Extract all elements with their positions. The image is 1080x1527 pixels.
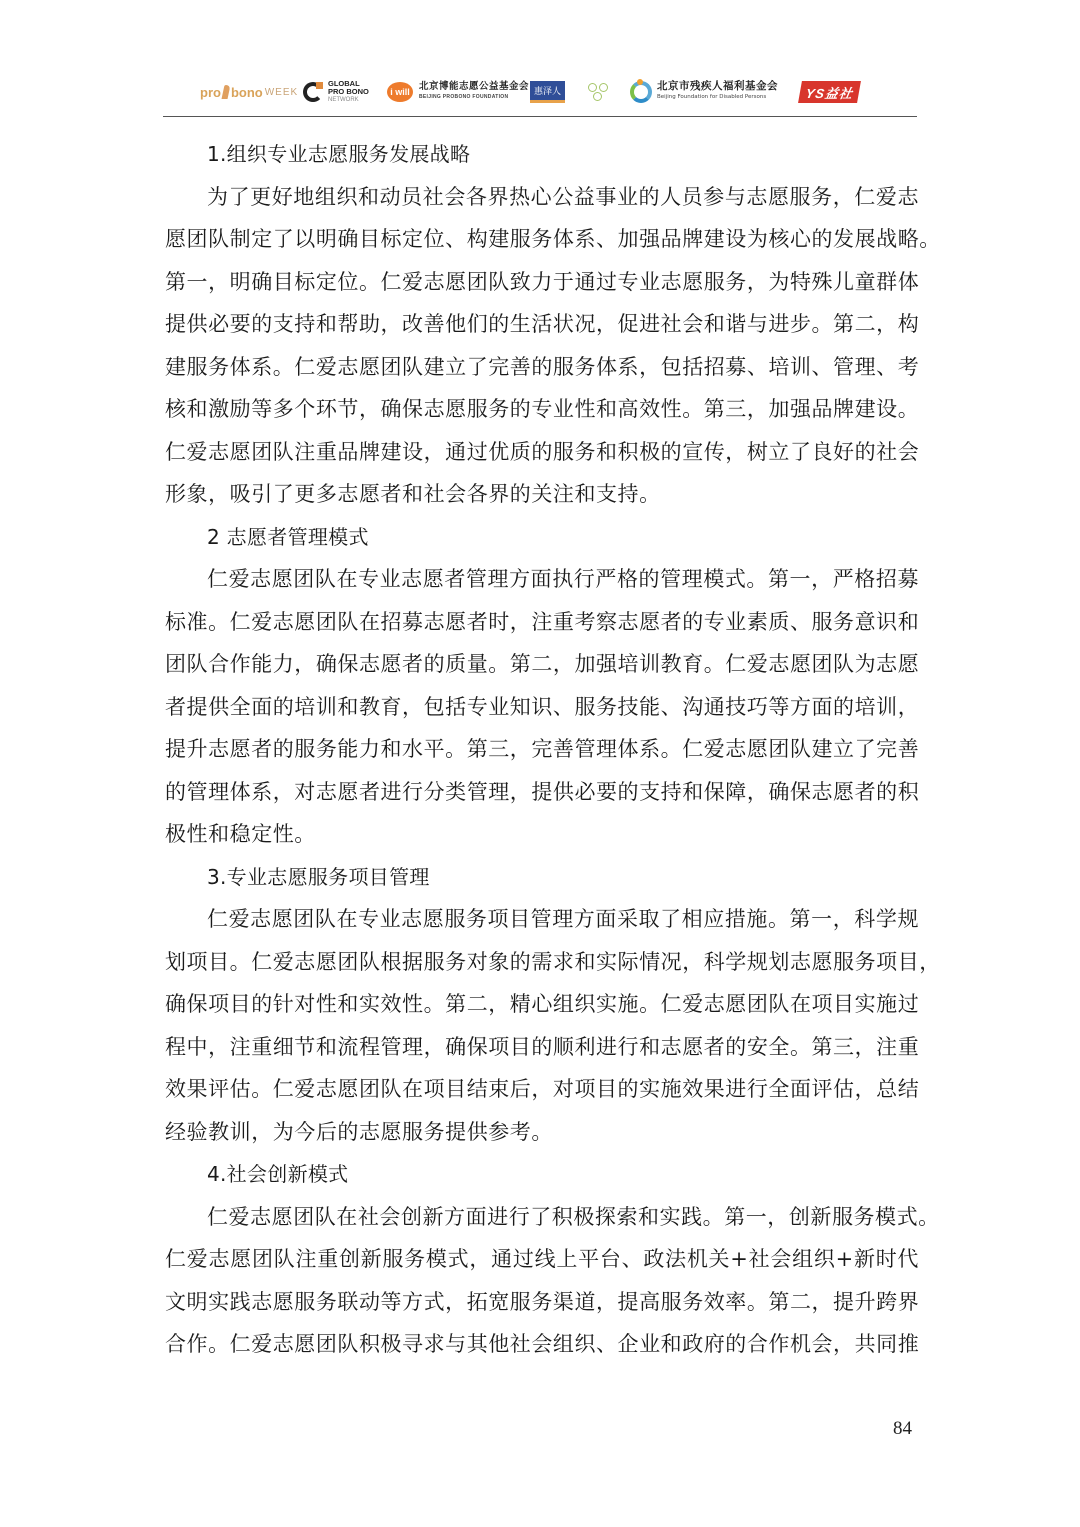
paragraph-line: 核和激励等多个环节，确保志愿服务的专业性和高效性。第三，加强品牌建设。 (165, 388, 919, 431)
paragraph-line: 第一，明确目标定位。仁爱志愿团队致力于通过专业志愿服务，为特殊儿童群体 (165, 261, 919, 304)
logo-text: NETWORK (328, 96, 369, 104)
foundation-circle-icon (630, 81, 652, 103)
header-divider (163, 116, 917, 117)
pro-bono-week-logo: pro bono WEEK (200, 76, 298, 108)
paragraph-line: 提升志愿者的服务能力和水平。第三，完善管理体系。仁爱志愿团队建立了完善 (165, 728, 919, 771)
logo-text: bono (231, 85, 263, 100)
logo-text: 北京博能志愿公益基金会 (419, 82, 529, 92)
iwill-badge-icon: i will (387, 82, 413, 102)
ys-yishe-logo: YS益社 (800, 76, 859, 108)
paragraph-line: 仁爱志愿团队在专业志愿者管理方面执行严格的管理模式。第一，严格招募 (165, 558, 919, 601)
logo-text: YS益社 (798, 81, 861, 103)
paragraph-line: 极性和稳定性。 (165, 813, 919, 856)
paragraph-line: 标准。仁爱志愿团队在招募志愿者时，注重考察志愿者的专业素质、服务意识和 (165, 601, 919, 644)
paragraph-line: 合作。仁爱志愿团队积极寻求与其他社会组织、企业和政府的合作机会，共同推 (165, 1323, 919, 1366)
paragraph-line: 文明实践志愿服务联动等方式，拓宽服务渠道，提高服务效率。第二，提升跨界 (165, 1281, 919, 1324)
section-heading: 1.组织专业志愿服务发展战略 (165, 133, 919, 176)
logo-text: 惠泽人 (530, 81, 565, 103)
page-header: pro bono WEEK GLOBAL PRO BONO NETWORK i … (163, 70, 917, 117)
section-heading: 4.社会创新模式 (165, 1153, 919, 1196)
paragraph-line: 仁爱志愿团队注重创新服务模式，通过线上平台、政法机关+社会组织+新时代 (165, 1238, 919, 1281)
beijing-foundation-disabled-persons-logo: 北京市残疾人福利基金会 Beijing Foundation for Disab… (630, 76, 778, 108)
section-heading: 3.专业志愿服务项目管理 (165, 856, 919, 899)
global-pro-bono-network-logo: GLOBAL PRO BONO NETWORK (303, 76, 369, 108)
paragraph-line: 建服务体系。仁爱志愿团队建立了完善的服务体系，包括招募、培训、管理、考 (165, 346, 919, 389)
paragraph-line: 形象，吸引了更多志愿者和社会各界的关注和支持。 (165, 473, 919, 516)
paragraph-line: 划项目。仁爱志愿团队根据服务对象的需求和实际情况，科学规划志愿服务项目， (165, 941, 919, 984)
paragraph-line: 经验教训，为今后的志愿服务提供参考。 (165, 1111, 919, 1154)
logo-text: WEEK (265, 87, 298, 98)
flag-icon (221, 85, 230, 99)
beijing-probono-foundation-logo: i will 北京博能志愿公益基金会 BEIJING PROBONO FOUND… (387, 76, 529, 108)
paragraph-line: 程中，注重细节和流程管理，确保项目的顺利进行和志愿者的安全。第三，注重 (165, 1026, 919, 1069)
logo-text: 北京市残疾人福利基金会 (657, 81, 778, 92)
paragraph-line: 确保项目的针对性和实效性。第二，精心组织实施。仁爱志愿团队在项目实施过 (165, 983, 919, 1026)
logo-text: BEIJING PROBONO FOUNDATION (419, 92, 529, 102)
logo-text: PRO BONO (328, 88, 369, 96)
partner-logos: pro bono WEEK GLOBAL PRO BONO NETWORK i … (200, 76, 920, 108)
paragraph-line: 提供必要的支持和帮助，改善他们的生活状况，促进社会和谐与进步。第二，构 (165, 303, 919, 346)
clover-logo (588, 76, 610, 108)
section-heading: 2 志愿者管理模式 (165, 516, 919, 559)
ring-icon (303, 82, 323, 102)
paragraph-line: 愿团队制定了以明确目标定位、构建服务体系、加强品牌建设为核心的发展战略。 (165, 218, 919, 261)
paragraph-line: 的管理体系，对志愿者进行分类管理，提供必要的支持和保障，确保志愿者的积 (165, 771, 919, 814)
paragraph-line: 者提供全面的培训和教育，包括专业知识、服务技能、沟通技巧等方面的培训， (165, 686, 919, 729)
paragraph-line: 仁爱志愿团队在专业志愿服务项目管理方面采取了相应措施。第一，科学规 (165, 898, 919, 941)
page-number: 84 (893, 1418, 912, 1440)
paragraph-line: 仁爱志愿团队注重品牌建设，通过优质的服务和积极的宣传，树立了良好的社会 (165, 431, 919, 474)
clover-icon (588, 81, 610, 103)
paragraph-line: 仁爱志愿团队在社会创新方面进行了积极探索和实践。第一，创新服务模式。 (165, 1196, 919, 1239)
logo-text: Beijing Foundation for Disabled Persons (657, 92, 778, 103)
paragraph-line: 团队合作能力，确保志愿者的质量。第二，加强培训教育。仁爱志愿团队为志愿 (165, 643, 919, 686)
logo-text: pro (200, 85, 221, 100)
document-body: 1.组织专业志愿服务发展战略 为了更好地组织和动员社会各界热心公益事业的人员参与… (165, 133, 919, 1366)
paragraph-line: 效果评估。仁爱志愿团队在项目结束后，对项目的实施效果进行全面评估，总结 (165, 1068, 919, 1111)
paragraph-line: 为了更好地组织和动员社会各界热心公益事业的人员参与志愿服务，仁爱志 (165, 176, 919, 219)
huizeren-logo: 惠泽人 (530, 76, 565, 108)
